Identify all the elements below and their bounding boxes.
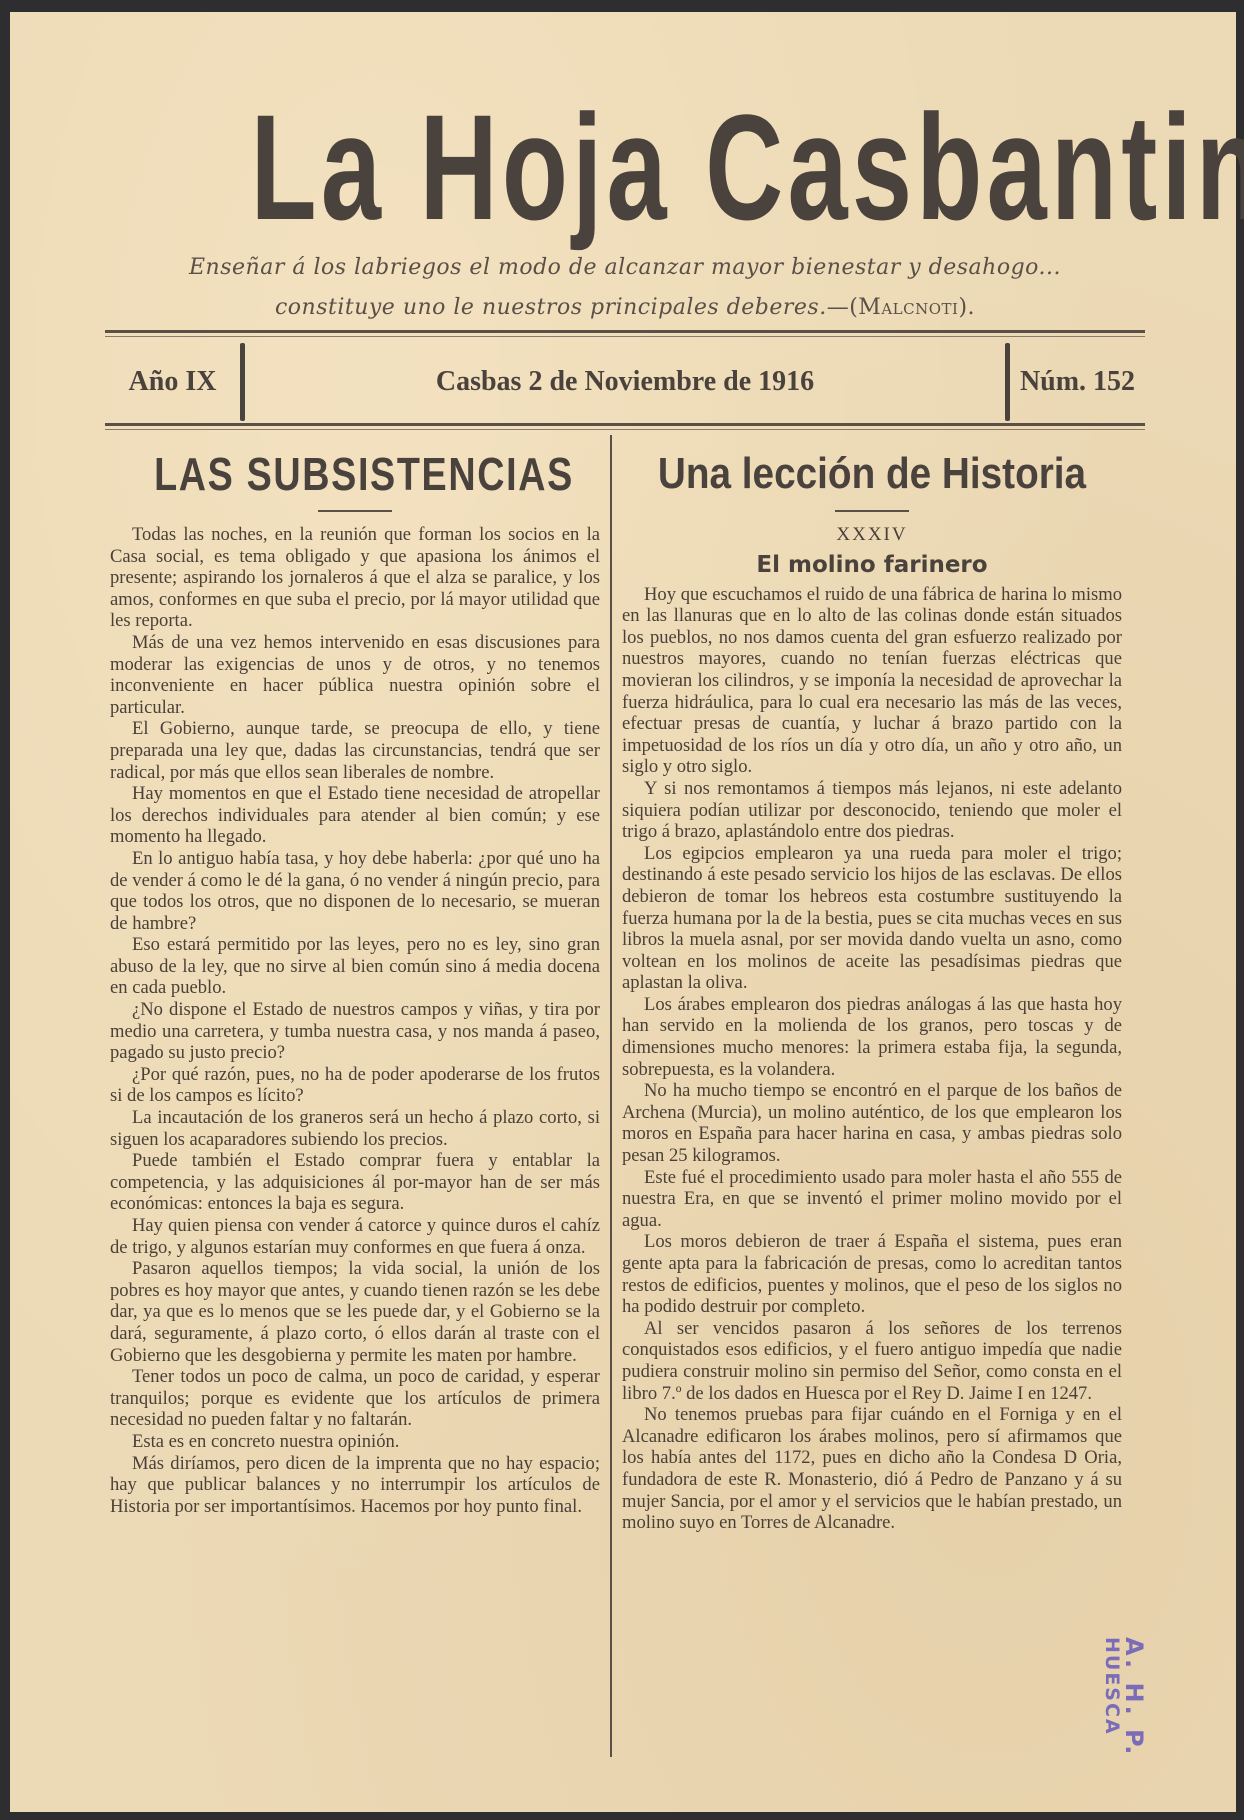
bottom-rule (105, 423, 1145, 430)
paragraph: Este fué el procedimiento usado para mol… (622, 1167, 1122, 1232)
issue-year: Año IX (105, 366, 240, 398)
paragraph: No ha mucho tiempo se encontró en el par… (622, 1080, 1122, 1166)
newspaper-page: La Hoja Casbantina Enseñar á los labrieg… (10, 12, 1236, 1812)
chapter-number: XXXIV (622, 524, 1122, 546)
stamp-line-1: A. H. P. (1123, 1637, 1145, 1757)
paragraph: Tener todos un poco de calma, un poco de… (110, 1366, 600, 1431)
paragraph: Los egipcios emplearon ya una rueda para… (622, 843, 1122, 994)
paragraph: Los moros debieron de traer á España el … (622, 1231, 1122, 1317)
paragraph: Al ser vencidos pasaron á los señores de… (622, 1318, 1122, 1404)
paragraph: Todas las noches, en la reunión que form… (110, 524, 600, 632)
column-divider (610, 435, 612, 1757)
paragraph: La incautación de los graneros será un h… (110, 1107, 600, 1150)
paragraph: Hay quien piensa con vender á catorce y … (110, 1215, 600, 1258)
article-headline: LAS SUBSISTENCIAS (154, 446, 556, 502)
paragraph: Hay momentos en que el Estado tiene nece… (110, 783, 600, 848)
motto-line-2-text: constituye uno le nuestros principales d… (275, 295, 849, 320)
paragraph: Esta es en concreto nuestra opinión. (110, 1431, 600, 1453)
top-rule (105, 330, 1145, 337)
motto-line-2: constituye uno le nuestros principales d… (105, 288, 1145, 328)
issue-info-bar: Año IX Casbas 2 de Noviembre de 1916 Núm… (105, 342, 1145, 422)
paragraph: El Gobierno, aunque tarde, se preocupa d… (110, 718, 600, 783)
paragraph: Pasaron aquellos tiempos; la vida social… (110, 1258, 600, 1366)
headline-rule (318, 510, 392, 512)
article-leccion-historia: Una lección de Historia XXXIV El molino … (622, 442, 1122, 1534)
paragraph: En lo antiguo había tasa, y hoy debe hab… (110, 848, 600, 934)
article-subhead: El molino farinero (622, 550, 1122, 580)
archive-stamp: A. H. P. HUESCA (1101, 1637, 1145, 1757)
headline-rule (835, 510, 909, 512)
issue-date: Casbas 2 de Noviembre de 1916 (245, 366, 1005, 398)
paragraph: Eso estará permitido por las leyes, pero… (110, 934, 600, 999)
paragraph: ¿No dispone el Estado de nuestros campos… (110, 999, 600, 1064)
paragraph: Los árabes emplearon dos piedras análoga… (622, 994, 1122, 1080)
paragraph: Y si nos remontamos á tiempos más lejano… (622, 778, 1122, 843)
issue-number: Núm. 152 (1010, 366, 1145, 398)
paragraph: Hoy que escuchamos el ruido de una fábri… (622, 584, 1122, 778)
motto: Enseñar á los labriegos el modo de alcan… (105, 248, 1145, 328)
motto-line-1: Enseñar á los labriegos el modo de alcan… (105, 248, 1145, 288)
newspaper-title: La Hoja Casbantina (251, 92, 1000, 242)
article-subsistencias: LAS SUBSISTENCIAS Todas las noches, en l… (110, 442, 600, 1517)
motto-author: (Malcnoti). (849, 295, 975, 320)
paragraph: No tenemos pruebas para fijar cuándo en … (622, 1404, 1122, 1534)
paragraph: Puede también el Estado comprar fuera y … (110, 1150, 600, 1215)
paragraph: Más de una vez hemos intervenido en esas… (110, 632, 600, 718)
paragraph: ¿Por qué razón, pues, no ha de poder apo… (110, 1064, 600, 1107)
paragraph: Más diríamos, pero dicen de la imprenta … (110, 1453, 600, 1518)
masthead: La Hoja Casbantina Enseñar á los labrieg… (105, 92, 1145, 328)
article-headline: Una lección de Historia (652, 446, 1092, 502)
